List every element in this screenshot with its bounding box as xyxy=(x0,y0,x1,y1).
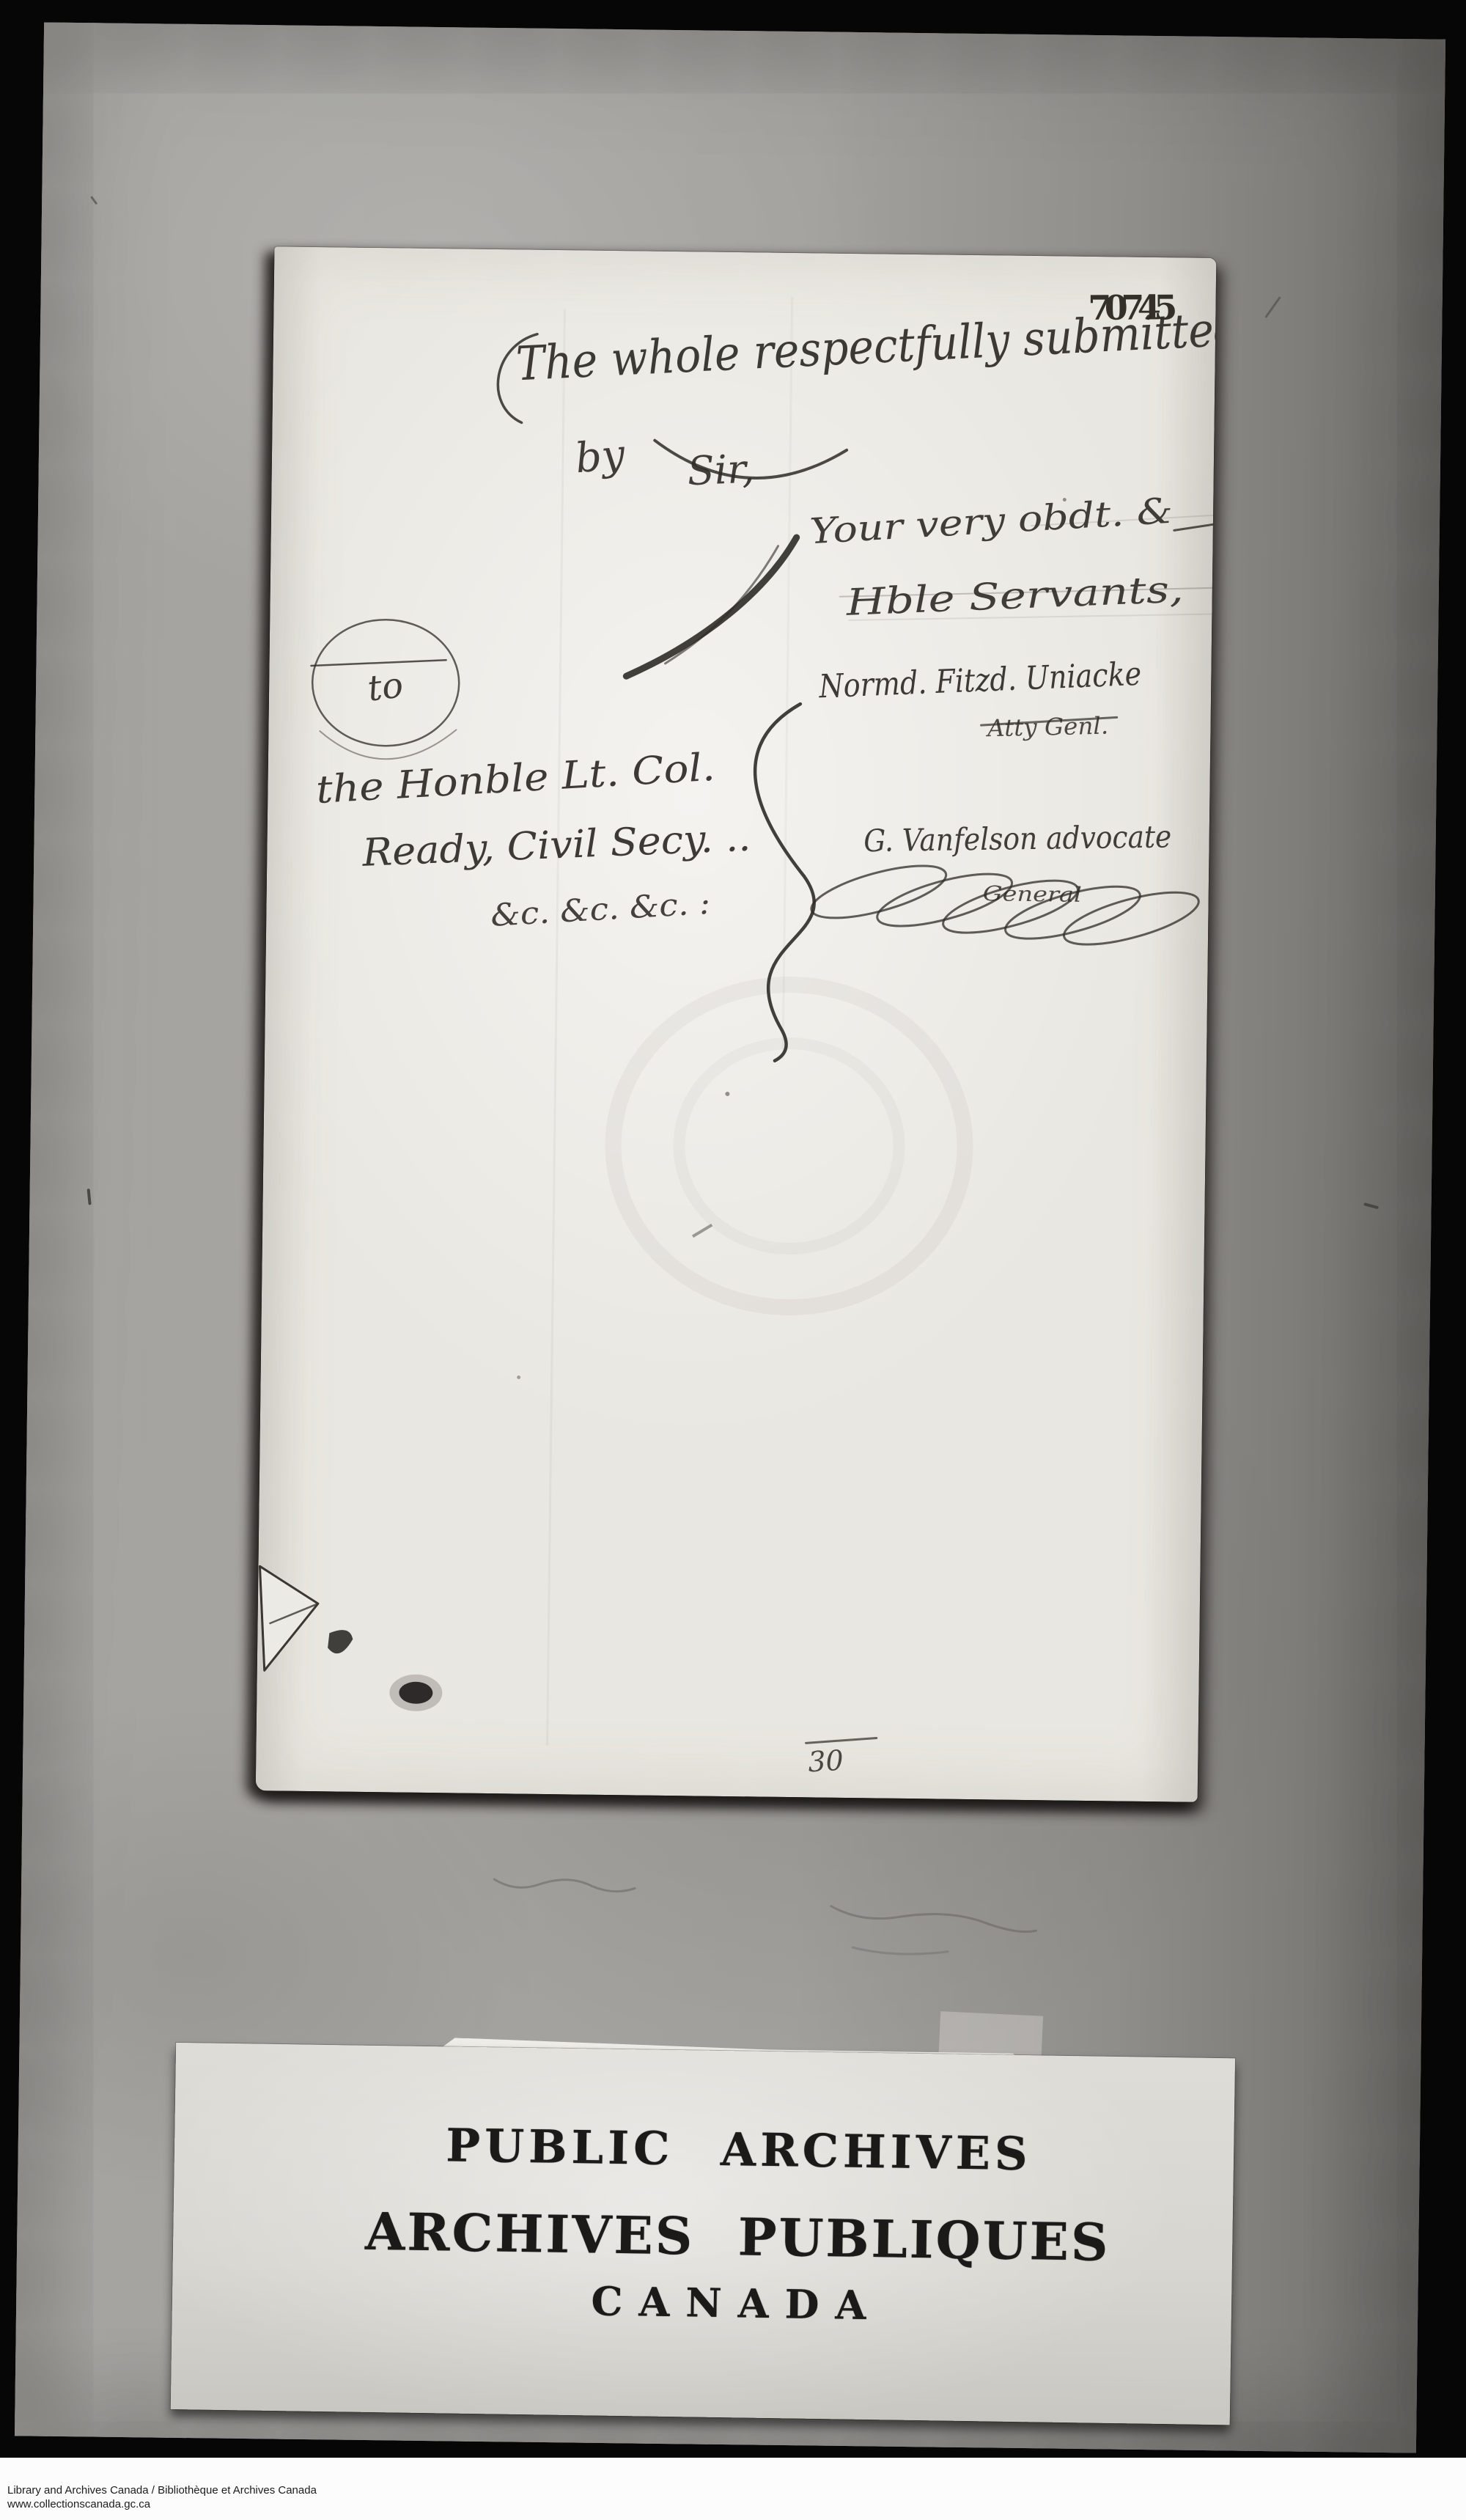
archives-card: PUBLIC ARCHIVES ARCHIVES PUBLIQUES CANAD… xyxy=(171,2043,1235,2425)
pencil-scribble xyxy=(852,1947,948,1955)
handwriting-line: Ready, Civil Secy. .. xyxy=(361,816,751,875)
handwriting-layer: 70745 The whole respectfully submitted b… xyxy=(256,246,1217,1802)
card-title-canada: CANADA xyxy=(591,2277,883,2329)
credit-url: www.collectionscanada.gc.ca xyxy=(7,2498,150,2510)
handwriting-line: by xyxy=(573,430,628,482)
photograph-area: 70745 The whole respectfully submitted b… xyxy=(15,22,1445,2453)
handwriting-line: &c. &c. &c. : xyxy=(490,885,711,933)
film-scratch xyxy=(1266,298,1279,317)
film-speck xyxy=(92,197,96,203)
archival-scan: 70745 The whole respectfully submitted b… xyxy=(0,0,1466,2520)
handwriting-line: Atty Genl. xyxy=(985,712,1109,743)
handwriting-line: the Honble Lt. Col. xyxy=(314,746,716,812)
pencil-scribble xyxy=(494,1879,635,1892)
handwriting-line: The whole respectfully submitted xyxy=(515,302,1216,392)
handwriting-to: to xyxy=(365,664,405,710)
signature: G. Vanfelson advocate xyxy=(863,818,1172,859)
footer-strip: Library and Archives Canada / Bibliothèq… xyxy=(0,2458,1466,2520)
circled-to: to xyxy=(310,619,460,760)
handwriting-line: Sir, xyxy=(687,446,756,495)
handwriting-line: Your very obdt. & xyxy=(808,491,1174,552)
document-page: 70745 The whole respectfully submitted b… xyxy=(256,246,1217,1802)
ink-blot xyxy=(328,1630,353,1654)
ink-blot-halo xyxy=(389,1674,443,1711)
paper-crease xyxy=(548,309,565,1746)
film-mark xyxy=(1366,1205,1377,1208)
card-title-english: PUBLIC ARCHIVES xyxy=(446,2118,1032,2181)
page-number: 30 xyxy=(807,1744,844,1779)
card-title-french: ARCHIVES PUBLIQUES xyxy=(365,2201,1111,2273)
pencil-scribble xyxy=(830,1906,1036,1932)
paper-fold xyxy=(258,1566,443,1711)
page-number-mark: 30 xyxy=(806,1737,877,1779)
film-mark xyxy=(89,1190,90,1203)
credit-line: Library and Archives Canada / Bibliothèq… xyxy=(7,2484,317,2497)
handwriting-line: Normd. Fitzd. Uniacke xyxy=(818,655,1143,706)
